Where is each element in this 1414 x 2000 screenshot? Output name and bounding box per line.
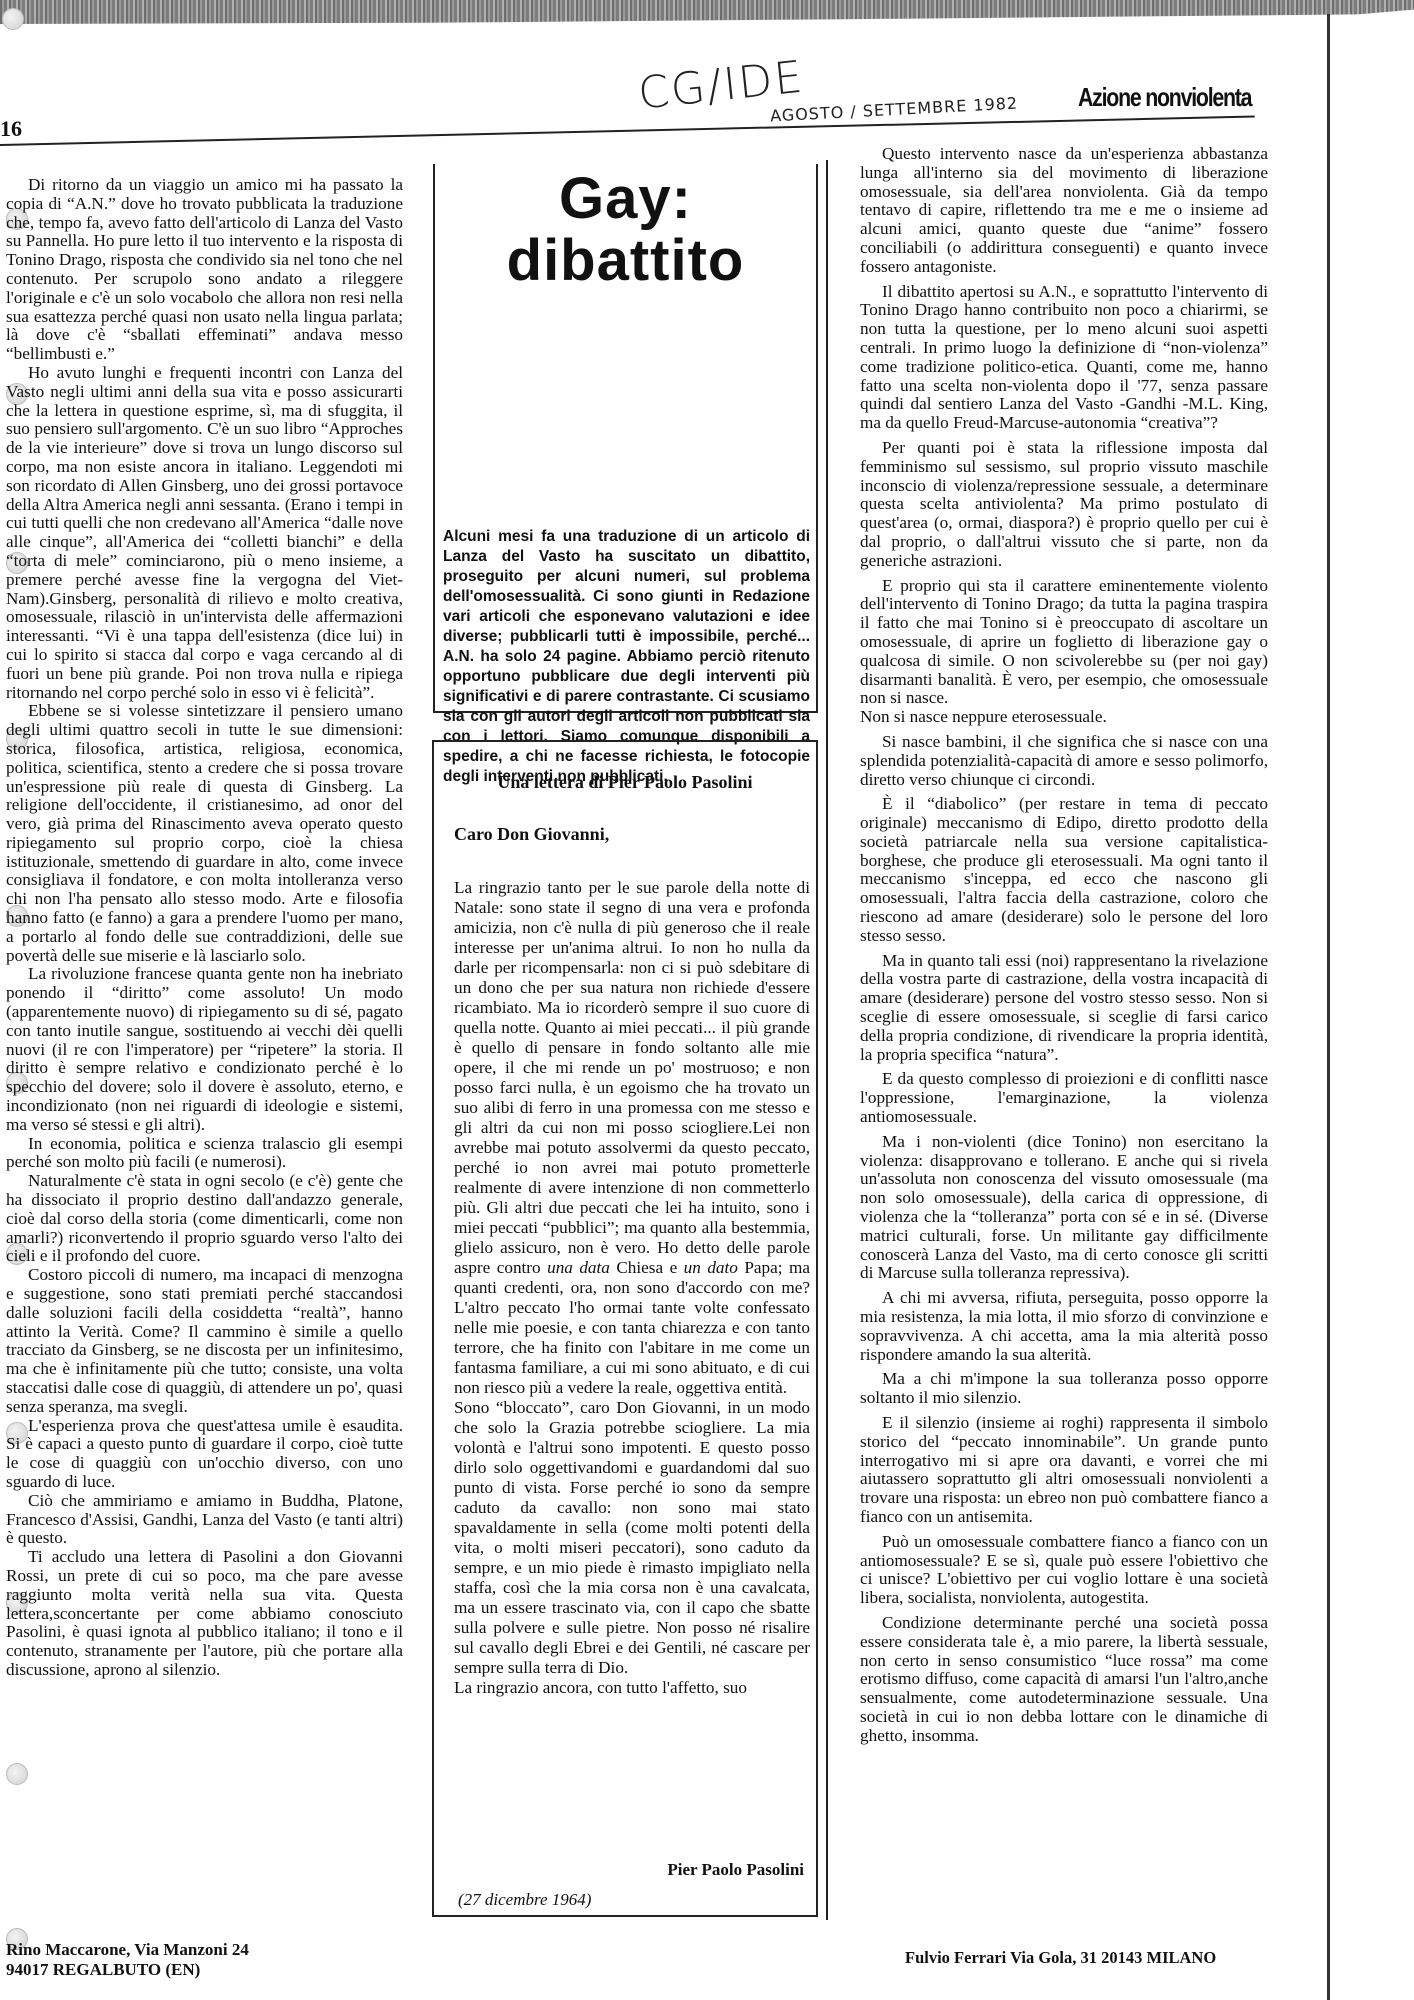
letter-text: Chiesa e xyxy=(610,1258,684,1277)
left-paragraph: Ciò che ammiriamo e amiamo in Buddha, Pl… xyxy=(6,1492,403,1548)
letter-text: La ringrazio tanto per le sue parole del… xyxy=(454,878,810,1277)
right-paragraph: È il “diabolico” (per restare in tema di… xyxy=(860,795,1268,945)
letter-salutation: Caro Don Giovanni, xyxy=(454,824,609,845)
headline-line-1: Gay: xyxy=(435,168,816,230)
headline: Gay: dibattito xyxy=(435,168,816,292)
left-paragraph: Costoro piccoli di numero, ma incapaci d… xyxy=(6,1266,403,1416)
punch-hole xyxy=(6,1763,28,1785)
left-paragraph: Naturalmente c'è stata in ogni secolo (e… xyxy=(6,1172,403,1266)
author-city: 94017 REGALBUTO (EN) xyxy=(6,1960,249,1980)
letter-date: (27 dicembre 1964) xyxy=(458,1890,591,1910)
letter-text: Papa; ma quanti credenti, ora, non sono … xyxy=(454,1258,810,1397)
right-paragraph: Questo intervento nasce da un'esperienza… xyxy=(860,145,1268,277)
left-article: Di ritorno da un viaggio un amico mi ha … xyxy=(6,176,403,1680)
pasolini-letter-box: Una lettera di Pier Paolo Pasolini Caro … xyxy=(432,740,818,1917)
author-name-address: Rino Maccarone, Via Manzoni 24 xyxy=(6,1940,249,1960)
left-paragraph: L'esperienza prova che quest'attesa umil… xyxy=(6,1417,403,1492)
column-divider xyxy=(826,160,828,1920)
right-paragraph: Non si nasce neppure eterosessuale. xyxy=(860,708,1268,727)
handwritten-issue-date: AGOSTO / SETTEMBRE 1982 xyxy=(770,94,1019,126)
page-header: 16 CG/IDE AGOSTO / SETTEMBRE 1982 Azione… xyxy=(0,60,1300,150)
letter-body: La ringrazio tanto per le sue parole del… xyxy=(454,878,810,1698)
right-paragraph: Può un omosessuale combattere fianco a f… xyxy=(860,1533,1268,1608)
right-paragraph: Ma a chi m'impone la sua tolleranza poss… xyxy=(860,1370,1268,1408)
left-paragraph: La rivoluzione francese quanta gente non… xyxy=(6,965,403,1134)
right-paragraph: Si nasce bambini, il che significa che s… xyxy=(860,733,1268,789)
left-paragraph: Di ritorno da un viaggio un amico mi ha … xyxy=(6,176,403,364)
scan-shadow xyxy=(0,0,1414,24)
left-author-signature: Rino Maccarone, Via Manzoni 24 94017 REG… xyxy=(6,1940,249,1980)
right-author-signature: Fulvio Ferrari Via Gola, 31 20143 MILANO xyxy=(905,1948,1216,1968)
right-paragraph: Per quanti poi è stata la riflessione im… xyxy=(860,439,1268,571)
letter-paragraph: Sono “bloccato”, caro Don Giovanni, in u… xyxy=(454,1398,810,1678)
right-paragraph: Il dibattito apertosi su A.N., e sopratt… xyxy=(860,283,1268,433)
punch-hole xyxy=(2,8,24,30)
letter-title: Una lettera di Pier Paolo Pasolini xyxy=(434,772,816,793)
letter-paragraph: La ringrazio tanto per le sue parole del… xyxy=(454,878,810,1398)
letter-emphasis: una data xyxy=(547,1258,610,1277)
header-rule xyxy=(0,116,1255,146)
masthead: Azione nonviolenta xyxy=(1078,82,1251,113)
letter-emphasis: un dato xyxy=(684,1258,738,1277)
right-paragraph: Condizione determinante perché una socie… xyxy=(860,1614,1268,1746)
page-edge-line xyxy=(1327,14,1330,2000)
left-paragraph: Ti accludo una lettera di Pasolini a don… xyxy=(6,1548,403,1680)
left-paragraph: In economia, politica e scienza tralasci… xyxy=(6,1135,403,1173)
letter-signature: Pier Paolo Pasolini xyxy=(667,1860,804,1880)
right-paragraph: E da questo complesso di proiezioni e di… xyxy=(860,1070,1268,1126)
right-paragraph: E il silenzio (insieme ai roghi) rappres… xyxy=(860,1414,1268,1527)
right-paragraph: Ma i non-violenti (dice Tonino) non eser… xyxy=(860,1133,1268,1283)
right-paragraph: E proprio qui sta il carattere eminentem… xyxy=(860,577,1268,709)
left-paragraph: Ho avuto lunghi e frequenti incontri con… xyxy=(6,364,403,702)
letter-closing: La ringrazio ancora, con tutto l'affetto… xyxy=(454,1678,810,1698)
right-article: Questo intervento nasce da un'esperienza… xyxy=(860,145,1268,1752)
headline-line-2: dibattito xyxy=(435,230,816,292)
right-paragraph: A chi mi avversa, rifiuta, perseguita, p… xyxy=(860,1289,1268,1364)
editorial-box: Gay: dibattito Alcuni mesi fa una traduz… xyxy=(433,164,818,713)
left-paragraph: Ebbene se si volesse sintetizzare il pen… xyxy=(6,702,403,965)
right-paragraph: Ma in quanto tali essi (noi) rappresenta… xyxy=(860,952,1268,1065)
page-number: 16 xyxy=(0,116,22,142)
